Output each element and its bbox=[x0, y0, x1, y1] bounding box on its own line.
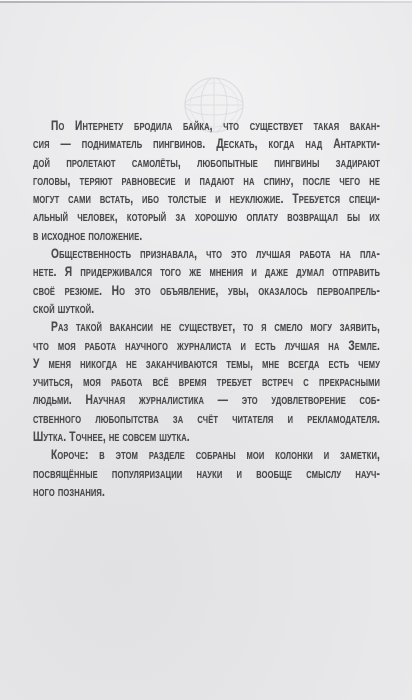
text-line: Короче: в этом разделе собраны мои колон… bbox=[33, 446, 380, 464]
text-line: дой пролетают самолёты, любопытные пингв… bbox=[33, 154, 380, 172]
paragraph: По Интернету бродила байка, что существу… bbox=[33, 117, 380, 245]
text-line: людьми. Научная журналистика — это удовл… bbox=[33, 391, 380, 409]
text-line: что моя работа научного журналиста и ест… bbox=[33, 337, 380, 355]
paragraph: Общественность признавала, что это лучша… bbox=[33, 245, 380, 318]
book-page-photo: По Интернету бродила байка, что существу… bbox=[0, 0, 412, 700]
text-line: головы, теряют равновесие и падают на сп… bbox=[33, 172, 380, 190]
text-line: ного познания. bbox=[33, 483, 380, 501]
text-line: Шутка. Точнее, не совсем шутка. bbox=[33, 428, 380, 446]
page-top-edge-shadow bbox=[0, 1, 412, 3]
text-line: альный человек, который за хорошую оплат… bbox=[33, 208, 380, 226]
text-line: в исходное положение. bbox=[33, 227, 380, 245]
text-line: могут сами встать, ибо толстые и неуклюж… bbox=[33, 190, 380, 208]
text-line: У меня никогда не заканчиваются темы, мн… bbox=[33, 355, 380, 373]
text-line: сия — подниматель пингвинов. Дескать, ко… bbox=[33, 135, 380, 153]
text-line: ственного любопытства за счёт читателя и… bbox=[33, 410, 380, 428]
body-text: По Интернету бродила байка, что существу… bbox=[33, 117, 380, 501]
text-line: ской шуткой. bbox=[33, 300, 380, 318]
text-line: посвящённые популяризации науки и вообще… bbox=[33, 465, 380, 483]
text-line: нете. Я придерживался того же мнения и д… bbox=[33, 263, 380, 281]
paragraph: Раз такой вакансии не существует, то я с… bbox=[33, 318, 380, 446]
text-line: По Интернету бродила байка, что существу… bbox=[33, 117, 380, 135]
paragraph: Короче: в этом разделе собраны мои колон… bbox=[33, 446, 380, 501]
text-line: Общественность признавала, что это лучша… bbox=[33, 245, 380, 263]
text-line: своё резюме. Но это объявление, увы, ока… bbox=[33, 282, 380, 300]
text-line: Раз такой вакансии не существует, то я с… bbox=[33, 318, 380, 336]
text-line: учиться, моя работа всё время требует вс… bbox=[33, 373, 380, 391]
